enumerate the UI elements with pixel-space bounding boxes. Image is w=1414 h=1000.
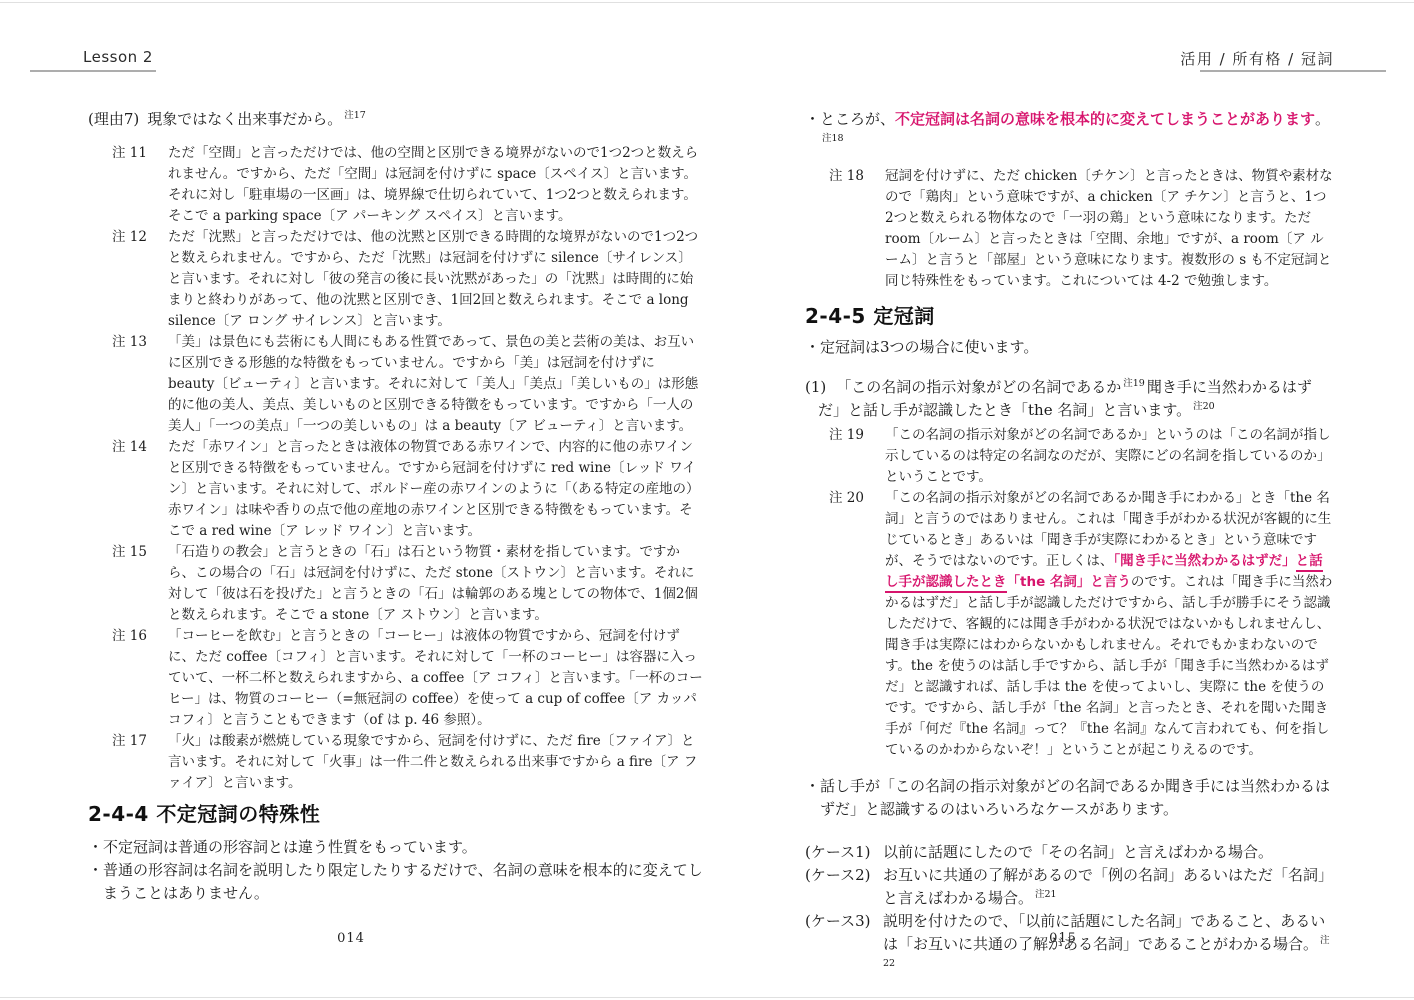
highlight-text: 不定冠詞は名詞の意味を根本的に変えてしまうことがあります	[895, 110, 1315, 128]
note-ref-19: 注19	[1123, 378, 1145, 389]
highlight-the-noun: 「the 名詞」と言う	[1007, 574, 1131, 590]
case-label: (ケース2)	[805, 864, 883, 910]
note-text: ただ「沈黙」と言っただけでは、他の沈黙と区別できる時間的な境界がないので1つ2つ…	[168, 227, 704, 332]
note-text: 「コーヒーを飲む」と言うときの「コーヒー」は液体の物質ですから、冠詞を付けずに、…	[168, 626, 704, 731]
case-label: (ケース3)	[805, 910, 883, 979]
item-label: (1)	[805, 378, 826, 396]
lesson-label: Lesson 2	[83, 48, 153, 66]
bullet-prefix: ・ところが、	[805, 110, 895, 128]
page-top-edge	[0, 2, 1414, 3]
case-label: (ケース1)	[805, 841, 883, 864]
note-text: 「火」は酸素が燃焼している現象ですから、冠詞を付けずに、ただ fire〔ファイア…	[168, 731, 704, 794]
note-ref-17: 注17	[344, 110, 366, 121]
reason-label: (理由7)	[88, 110, 139, 128]
case-text-body: 以前に話題にしたので「その名詞」と言えばわかる場合。	[883, 843, 1273, 861]
note-ref-18: 注18	[822, 133, 844, 144]
reason-7-item: (理由7)現象ではなく出来事だから。注17	[88, 108, 704, 131]
definite-article-case-1: (1)「この名詞の指示対象がどの名詞であるか注19聞き手に当然わかるはずだ」と話…	[805, 376, 1334, 422]
section-heading-2-4-5: 2-4-5 定冠詞	[805, 302, 1334, 330]
emphasis-sentence: ・ところが、不定冠詞は名詞の意味を根本的に変えてしまうことがあります。注18	[805, 108, 1334, 154]
note-text: 「石造りの教会」と言うときの「石」は石という物質・素材を指しています。ですから、…	[168, 542, 704, 626]
highlight-quote: 「聞き手に当然わかるはずだ」	[1113, 553, 1295, 569]
note-text: 「美」は景色にも芸術にも人間にもある性質であって、景色の美と芸術の美は、お互いに…	[168, 332, 704, 437]
case-1: (ケース1) 以前に話題にしたので「その名詞」と言えばわかる場合。	[805, 841, 1334, 864]
note-19: 注 19 「この名詞の指示対象がどの名詞であるか」というのは「この名詞が指し示し…	[805, 425, 1334, 488]
note-11: 注 11 ただ「空間」と言っただけでは、他の空間と区別できる境界がないので1つ2…	[88, 143, 704, 227]
note-label: 注 16	[112, 626, 168, 731]
note20-text-2: のです。これは「聞き手に当然わかるはずだ」と話し手が認識しただけですから、話し手…	[885, 574, 1332, 758]
note-label: 注 12	[112, 227, 168, 332]
right-page: 活用 / 所有格 / 冠詞 ・ところが、不定冠詞は名詞の意味を根本的に変えてしま…	[805, 48, 1334, 979]
book-spread: { "colors": { "accent": "#d7156d", "text…	[0, 0, 1414, 1000]
note-12: 注 12 ただ「沈黙」と言っただけでは、他の沈黙と区別できる時間的な境界がないの…	[88, 227, 704, 332]
header-rule-left	[30, 70, 156, 72]
page-number-right: 015	[1046, 931, 1080, 946]
note-label: 注 20	[829, 488, 885, 761]
note-16: 注 16 「コーヒーを飲む」と言うときの「コーヒー」は液体の物質ですから、冠詞を…	[88, 626, 704, 731]
case-2: (ケース2) お互いに共通の了解があるので「例の名詞」あるいはただ「名詞」と言え…	[805, 864, 1334, 910]
case-text-body: 説明を付けたので、「以前に話題にした名詞」であること、あるいは「お互いに共通の了…	[883, 912, 1325, 953]
note-14: 注 14 ただ「赤ワイン」と言ったときは液体の物質である赤ワインで、内容的に他の…	[88, 437, 704, 542]
note-label: 注 19	[829, 425, 885, 488]
note-text: 「この名詞の指示対象がどの名詞であるか」というのは「この名詞が指し示しているのは…	[885, 425, 1334, 488]
note-text: ただ「空間」と言っただけでは、他の空間と区別できる境界がないので1つ2つと数えら…	[168, 143, 704, 227]
item-text: 「この名詞の指示対象がどの名詞であるか	[836, 378, 1121, 396]
page-number-left: 014	[334, 931, 368, 946]
case-text: 説明を付けたので、「以前に話題にした名詞」であること、あるいは「お互いに共通の了…	[883, 910, 1334, 979]
case-text-body: お互いに共通の了解があるので「例の名詞」あるいはただ「名詞」と言えばわかる場合。	[883, 866, 1333, 907]
case-text: 以前に話題にしたので「その名詞」と言えばわかる場合。	[883, 841, 1334, 864]
note-text: ただ「赤ワイン」と言ったときは液体の物質である赤ワインで、内容的に他の赤ワインと…	[168, 437, 704, 542]
cases-intro: ・話し手が「この名詞の指示対象がどの名詞であるか聞き手には当然わかるはずだ」と認…	[805, 775, 1334, 821]
note-17: 注 17 「火」は酸素が燃焼している現象ですから、冠詞を付けずに、ただ fire…	[88, 731, 704, 794]
note-label: 注 15	[112, 542, 168, 626]
note-ref-21: 注21	[1035, 889, 1057, 900]
note-text: 冠詞を付けずに、ただ chicken〔チケン〕と言ったときは、物質や素材なので「…	[885, 166, 1334, 292]
note-15: 注 15 「石造りの教会」と言うときの「石」は石という物質・素材を指しています。…	[88, 542, 704, 626]
note-20: 注 20 「この名詞の指示対象がどの名詞であるか聞き手にわかる」とき「the 名…	[805, 488, 1334, 761]
note-label: 注 14	[112, 437, 168, 542]
note-13: 注 13 「美」は景色にも芸術にも人間にもある性質であって、景色の美と芸術の美は…	[88, 332, 704, 437]
sentence-period: 。	[1315, 110, 1330, 128]
case-text: お互いに共通の了解があるので「例の名詞」あるいはただ「名詞」と言えばわかる場合。…	[883, 864, 1334, 910]
chapter-label: 活用 / 所有格 / 冠詞	[1180, 50, 1334, 68]
left-page-header: Lesson 2	[88, 48, 704, 74]
header-rule-right	[1200, 70, 1386, 72]
reason-text: 現象ではなく出来事だから。	[147, 110, 342, 128]
bullet-item: ・不定冠詞は普通の形容詞とは違う性質をもっています。	[88, 836, 704, 859]
note-label: 注 13	[112, 332, 168, 437]
left-page: Lesson 2 (理由7)現象ではなく出来事だから。注17 注 11 ただ「空…	[88, 48, 704, 905]
note-18: 注 18 冠詞を付けずに、ただ chicken〔チケン〕と言ったときは、物質や素…	[805, 166, 1334, 292]
note-text: 「この名詞の指示対象がどの名詞であるか聞き手にわかる」とき「the 名詞」と言う…	[885, 488, 1334, 761]
note-ref-20: 注20	[1193, 401, 1215, 412]
section-heading-2-4-4: 2-4-4 不定冠詞の特殊性	[88, 800, 704, 828]
note-label: 注 11	[112, 143, 168, 227]
right-page-header: 活用 / 所有格 / 冠詞	[805, 48, 1334, 74]
bullet-item: ・普通の形容詞は名詞を説明したり限定したりするだけで、名詞の意味を根本的に変えて…	[88, 859, 704, 905]
section-bullet: ・定冠詞は3つの場合に使います。	[805, 336, 1334, 359]
note-label: 注 18	[829, 166, 885, 292]
note-label: 注 17	[112, 731, 168, 794]
page-bottom-edge	[0, 997, 1414, 998]
